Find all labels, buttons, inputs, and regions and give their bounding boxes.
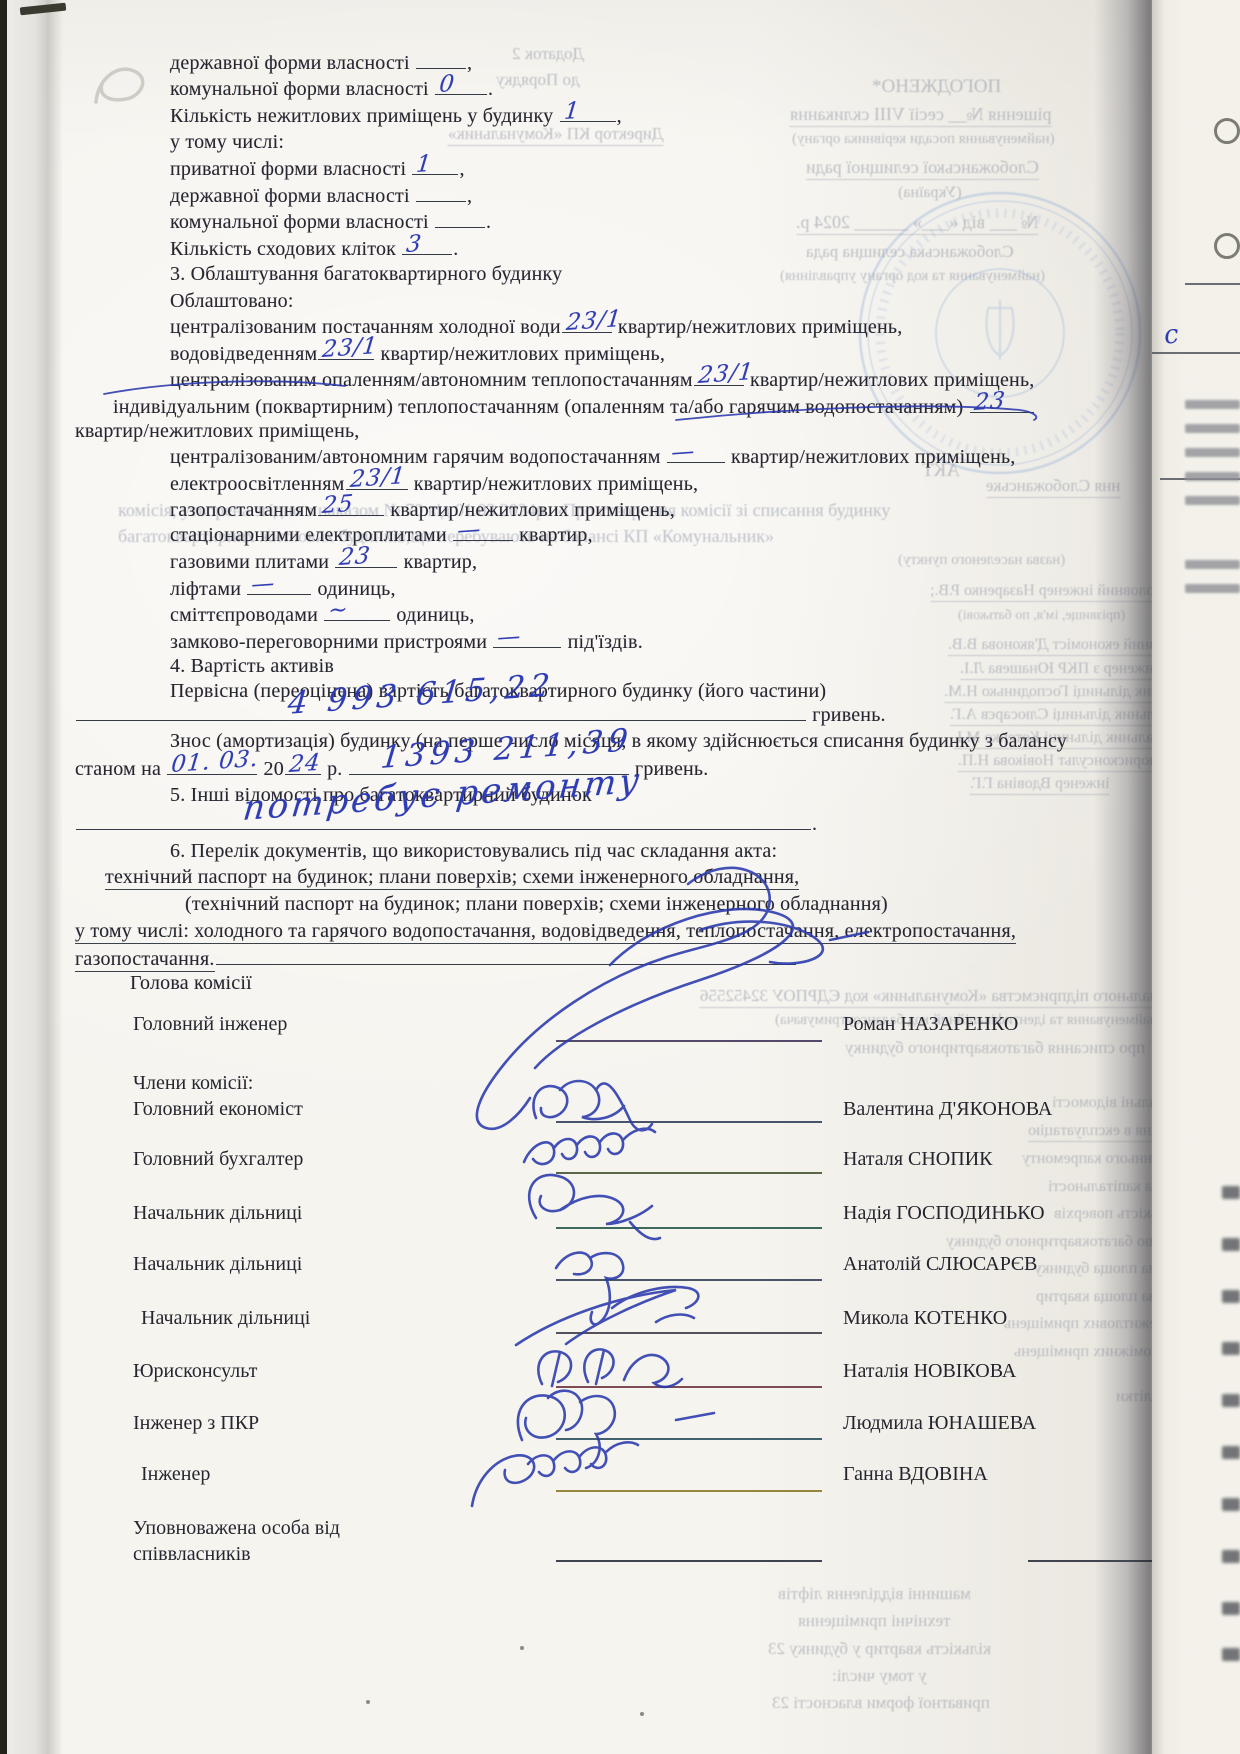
edge-text-smudge <box>1222 1238 1240 1251</box>
signature-section-chief-2 <box>556 1253 623 1325</box>
scanner-edge-margin <box>7 0 47 1754</box>
adjacent-page-line <box>1152 352 1240 354</box>
edge-text-smudge <box>1222 1648 1240 1661</box>
binder-ring-mark <box>1214 233 1240 259</box>
edge-text-smudge <box>1222 1446 1240 1459</box>
edge-text-smudge <box>1222 1186 1240 1199</box>
scanned-document-page: Додаток 2до ПорядкуДиректор КП «Комуналь… <box>0 0 1240 1754</box>
adjacent-page-handwriting: с <box>1162 319 1180 350</box>
edge-text-smudge <box>1222 1342 1240 1355</box>
signature-section-chief-3 <box>516 1287 698 1345</box>
adjacent-page-text-smudge <box>1185 584 1240 593</box>
adjacent-page-text-smudge <box>1185 496 1240 505</box>
adjacent-page-text-smudge <box>1185 448 1240 457</box>
signature-section-chief-1 <box>529 1175 660 1239</box>
swash-marks-individual-heating <box>104 381 1036 420</box>
edge-text-smudge <box>1222 1550 1240 1563</box>
edge-text-smudge <box>1222 1602 1240 1615</box>
adjacent-page-strip: с <box>1152 0 1240 1754</box>
paper-edge-shadow <box>47 0 63 1754</box>
signature-legal-counsel <box>538 1349 682 1387</box>
signature-chief-engineer <box>477 868 868 1129</box>
page-fold-shadow <box>1094 0 1154 1754</box>
scanner-edge-dark <box>0 0 7 1754</box>
adjacent-page-line <box>1185 283 1240 285</box>
signature-engineer <box>472 1442 638 1506</box>
adjacent-page-text-smudge <box>1185 472 1240 481</box>
edge-text-smudge <box>1222 1290 1240 1303</box>
adjacent-page-text-smudge <box>1185 400 1240 409</box>
signature-chief-economist <box>533 1081 652 1130</box>
binder-ring-mark <box>1214 118 1240 144</box>
ink-signatures <box>0 0 1240 1754</box>
adjacent-page-text-smudge <box>1185 560 1240 569</box>
signature-chief-accountant <box>524 1129 655 1164</box>
adjacent-page-text-smudge <box>1185 424 1240 433</box>
edge-text-smudge <box>1222 1394 1240 1407</box>
edge-text-smudge <box>1222 1498 1240 1511</box>
